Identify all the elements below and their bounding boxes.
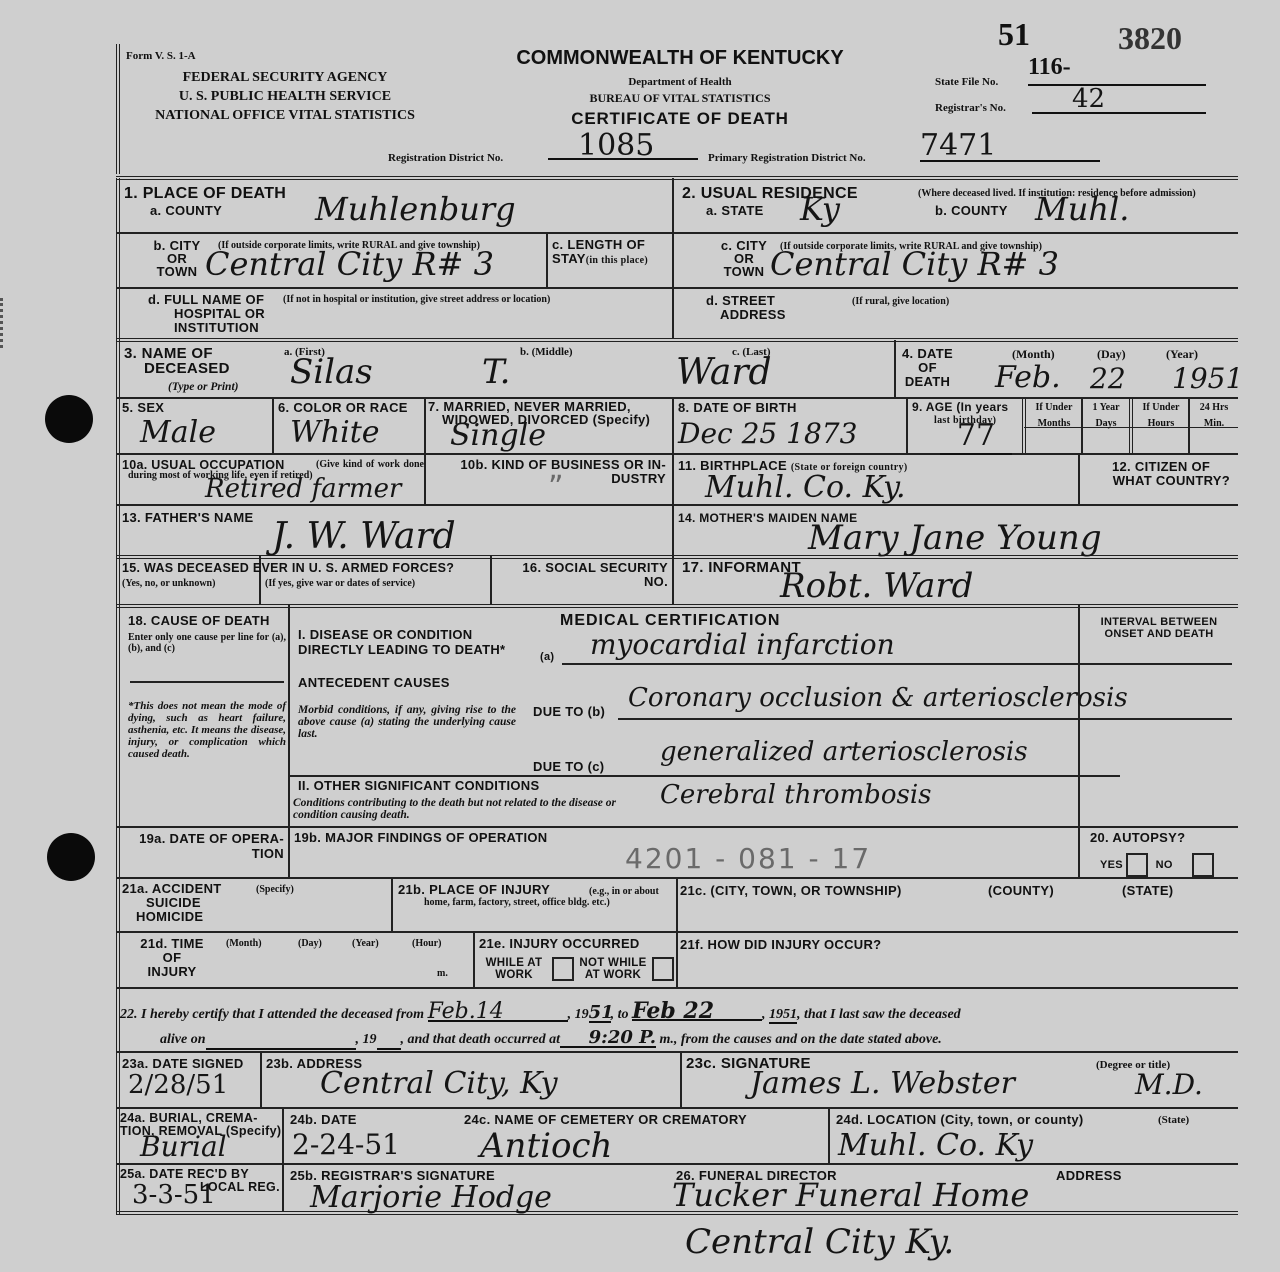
attended-to-year: 1951: [769, 1007, 797, 1024]
death-city-value: Central City R# 3: [205, 245, 494, 283]
label-line: 16. SOCIAL SECURITY: [496, 561, 668, 575]
res-state-label: a. STATE: [706, 204, 764, 218]
label-line: TOWN: [716, 265, 772, 278]
armed-forces-note-2: (If yes, give war or dates of service): [265, 578, 415, 589]
dob-label: 8. DATE OF BIRTH: [678, 401, 797, 415]
label-line: HOMICIDE: [122, 910, 222, 924]
autopsy-yes-checkbox[interactable]: [1126, 853, 1148, 877]
injury-specify-note: (Specify): [256, 884, 294, 895]
label-line: ADDRESS: [706, 308, 786, 322]
punch-hole-top: [45, 395, 93, 443]
stamp-year: 51: [998, 16, 1030, 53]
last-seen-year-blank: [377, 1032, 401, 1050]
race-label: 6. COLOR OR RACE: [278, 401, 408, 415]
label-line: 4. DATE: [902, 347, 953, 361]
divider: [828, 1107, 830, 1163]
label-note: (in this place): [586, 255, 648, 266]
burial-location-value: Muhl. Co. Ky: [838, 1128, 1033, 1163]
divider: [272, 397, 274, 453]
cause-b-label: DUE TO (b): [533, 705, 605, 719]
label-line: NO.: [496, 575, 668, 589]
injury-time-year: (Year): [352, 938, 379, 949]
state-file-value: 116-: [1028, 54, 1206, 86]
label-line: 12. CITIZEN OF: [1090, 460, 1230, 474]
autopsy-yes-label: YES: [1100, 859, 1123, 871]
label-line: d. FULL NAME OF: [148, 293, 265, 307]
res-county-value: Muhl.: [1035, 190, 1129, 228]
label-line: INSTITUTION: [148, 321, 265, 335]
divider: [424, 397, 426, 504]
cause-b-line: [618, 718, 1232, 720]
rule: [116, 1051, 1238, 1053]
attended-to-date: Feb 22: [632, 1003, 762, 1021]
last-seen-date-blank: [206, 1032, 356, 1050]
injury-county-label: (COUNTY): [988, 884, 1054, 898]
armed-forces-label: 15. WAS DECEASED EVER IN U. S. ARMED FOR…: [122, 561, 454, 575]
armed-forces-note-1: (Yes, no, or unknown): [122, 578, 215, 589]
antecedent-label: ANTECEDENT CAUSES: [298, 676, 450, 690]
department: Department of Health: [470, 76, 890, 88]
label-line: TOWN: [148, 265, 206, 278]
sex-label: 5. SEX: [122, 401, 164, 415]
label-line: c. LENGTH OF: [552, 237, 645, 252]
date-of-death-label: 4. DATE OF DEATH: [902, 347, 953, 389]
rule: [116, 176, 1238, 180]
registrars-no-label: Registrar's No.: [935, 102, 1006, 114]
cause-a-value: myocardial infarction: [590, 628, 895, 661]
not-while-at-work-label: NOT WHILE AT WORK: [576, 957, 650, 981]
certify-text: , 19: [356, 1032, 377, 1047]
rule: [290, 775, 1120, 777]
antecedent-note: Morbid conditions, if any, giving rise t…: [298, 704, 516, 740]
label-line: DEATH: [902, 375, 953, 389]
divider: [282, 1107, 284, 1211]
burial-state-label: (State): [1158, 1115, 1189, 1126]
dod-month-label: (Month): [1012, 349, 1055, 360]
while-at-work-checkbox[interactable]: [552, 957, 574, 981]
first-name-value: Silas: [290, 352, 373, 392]
divider: [288, 604, 290, 877]
cause-footnote: *This does not mean the mode of dying, s…: [128, 700, 286, 760]
injury-state-label: (STATE): [1122, 884, 1173, 898]
under-header: If Under: [1133, 402, 1189, 413]
dod-year-value: 1951: [1172, 362, 1243, 395]
divider: [391, 877, 393, 931]
place-of-death-label: 1. PLACE OF DEATH: [124, 186, 286, 202]
age-value: 77: [940, 418, 1012, 455]
injury-time-hour: (Hour): [412, 938, 441, 949]
sex-value: Male: [140, 415, 216, 450]
label-line: HOSPITAL OR: [148, 307, 265, 321]
certify-text: m., from the causes and on the date stat…: [659, 1032, 941, 1047]
certify-text: , and that death occurred at: [401, 1032, 560, 1047]
funeral-address-label: ADDRESS: [1056, 1169, 1122, 1183]
label-line: 9. AGE (In years: [912, 400, 1008, 414]
injury-time-month: (Month): [226, 938, 262, 949]
divider: [680, 1051, 682, 1107]
certify-line-1: 22. I hereby certify that I attended the…: [120, 1003, 961, 1023]
label-line: DECEASED: [124, 361, 230, 376]
under-sub-days: Days: [1083, 418, 1129, 429]
rule: [116, 1163, 1238, 1165]
label-line: OF: [122, 951, 222, 965]
certificate-title: CERTIFICATE OF DEATH: [470, 109, 890, 129]
business-label: 10b. KIND OF BUSINESS OR IN- DUSTRY: [428, 458, 666, 486]
certify-text: , 19: [568, 1007, 589, 1022]
dod-day-value: 22: [1090, 362, 1126, 395]
label-line: I. DISEASE OR CONDITION: [298, 627, 505, 642]
injury-work-options: WHILE AT WORK NOT WHILE AT WORK: [478, 957, 674, 981]
under-header: If Under: [1026, 402, 1082, 413]
physician-address-value: Central City, Ky: [320, 1066, 558, 1101]
res-county-label: b. COUNTY: [935, 204, 1008, 218]
occupation-value: Retired farmer: [205, 474, 401, 504]
burial-location-label: 24d. LOCATION (City, town, or county): [836, 1113, 1084, 1127]
label-line: 3. NAME OF: [124, 346, 230, 361]
ssn-label: 16. SOCIAL SECURITY NO.: [496, 561, 668, 589]
footnote-rule: [130, 681, 284, 683]
label-line: 21d. TIME: [122, 937, 222, 951]
date-received-value: 3-3-51: [132, 1180, 216, 1210]
race-value: White: [290, 415, 380, 450]
mother-name-value: Mary Jane Young: [808, 518, 1102, 558]
operation-date-label: 19a. DATE OF OPERA-TION: [128, 831, 284, 861]
autopsy-no-label: NO: [1156, 859, 1173, 871]
business-value: ”: [548, 470, 564, 505]
agency-block: FEDERAL SECURITY AGENCY U. S. PUBLIC HEA…: [122, 68, 448, 125]
certify-text: , that I last saw the deceased: [797, 1007, 961, 1022]
label-line: DIRECTLY LEADING TO DEATH*: [298, 642, 505, 657]
date-signed-value: 2/28/51: [128, 1070, 228, 1100]
label-line: SUICIDE: [122, 896, 222, 910]
rule: [116, 987, 1238, 989]
under-header: 24 Hrs: [1190, 402, 1238, 413]
under-sub-months: Months: [1026, 418, 1082, 429]
form-number: Form V. S. 1-A: [126, 50, 196, 62]
punch-hole-bottom: [47, 833, 95, 881]
middle-name-label: b. (Middle): [520, 347, 573, 358]
physician-signature: James L. Webster: [750, 1066, 1015, 1101]
cause-c-value: generalized arteriosclerosis: [660, 737, 1028, 767]
dob-value: Dec 25 1873: [678, 417, 857, 450]
time-of-death: 9:20 P.: [560, 1030, 656, 1048]
label-line: STAY: [552, 251, 586, 266]
under-sub-hours: Hours: [1133, 418, 1189, 429]
rule: [116, 397, 1238, 399]
label-line: DUSTRY: [428, 472, 666, 486]
registrar-signature-value: Marjorie Hodge: [310, 1180, 552, 1215]
rule: [116, 826, 1238, 828]
other-conditions-label: II. OTHER SIGNIFICANT CONDITIONS: [298, 779, 539, 793]
reg-district-label: Registration District No.: [388, 152, 503, 164]
res-city-value: Central City R# 3: [770, 245, 1059, 283]
informant-value: Robt. Ward: [780, 566, 973, 606]
how-injury-label: 21f. HOW DID INJURY OCCUR?: [680, 938, 881, 952]
coding-pencil-note: 4201 - 081 - 17: [625, 842, 871, 875]
hospital-label: d. FULL NAME OF HOSPITAL OR INSTITUTION: [148, 293, 265, 335]
divider: [490, 555, 492, 604]
father-name-value: J. W. Ward: [272, 516, 456, 557]
label-line: 10b. KIND OF BUSINESS OR IN-: [428, 458, 666, 472]
divider: [473, 931, 475, 987]
middle-name-value: T.: [482, 352, 511, 392]
cemetery-label: 24c. NAME OF CEMETERY OR CREMATORY: [464, 1113, 747, 1127]
registrars-no-value: 42: [1032, 84, 1206, 114]
death-county-value: Muhlenburg: [315, 190, 516, 228]
rule: [116, 604, 1238, 608]
death-county-label: a. COUNTY: [150, 204, 222, 218]
other-conditions-note: Conditions contributing to the death but…: [293, 797, 655, 821]
cause-c-label: DUE TO (c): [533, 760, 604, 774]
divider: [1078, 453, 1080, 504]
rule: [116, 504, 1238, 506]
divider: [894, 340, 896, 397]
divider: [546, 232, 548, 287]
certify-text: , to: [611, 1007, 629, 1022]
divider: [260, 1051, 262, 1107]
primary-district-value: 7471: [920, 128, 1100, 162]
physician-degree: M.D.: [1135, 1068, 1203, 1101]
not-while-at-work-checkbox[interactable]: [652, 957, 674, 981]
burial-date-label: 24b. DATE: [290, 1113, 357, 1127]
injury-time-label: 21d. TIME OF INJURY: [122, 937, 222, 979]
birthplace-value: Muhl. Co. Ky.: [705, 470, 906, 505]
label-line: d. STREET: [706, 294, 786, 308]
under-sub-min: Min.: [1190, 418, 1238, 429]
operation-findings-label: 19b. MAJOR FINDINGS OF OPERATION: [294, 831, 548, 845]
interval-label: INTERVAL BETWEEN ONSET AND DEATH: [1084, 616, 1234, 640]
certify-text: alive on: [160, 1032, 206, 1047]
autopsy-label: 20. AUTOPSY?: [1090, 831, 1185, 845]
label-line: 21a. ACCIDENT: [122, 882, 222, 896]
label-line: WHAT COUNTRY?: [1090, 474, 1230, 488]
agency-line: NATIONAL OFFICE VITAL STATISTICS: [122, 106, 448, 125]
divider: [906, 397, 908, 453]
state-file-label: State File No.: [935, 76, 998, 88]
attended-from-date: Feb.14: [428, 1004, 568, 1022]
while-at-work-label: WHILE AT WORK: [478, 957, 550, 981]
last-name-value: Ward: [676, 352, 772, 393]
type-or-print-note: (Type or Print): [168, 381, 238, 393]
name-of-deceased-label: 3. NAME OF DECEASED: [124, 346, 230, 376]
injury-city-label: 21c. (CITY, TOWN, OR TOWNSHIP): [680, 884, 902, 898]
agency-line: FEDERAL SECURITY AGENCY: [122, 68, 448, 87]
length-of-stay-label: c. LENGTH OF STAY(in this place): [552, 238, 648, 266]
death-city-label: b. CITY OR TOWN: [148, 239, 206, 278]
dod-month-value: Feb.: [995, 360, 1061, 395]
injury-time-day: (Day): [298, 938, 322, 949]
cause-of-death-label: 18. CAUSE OF DEATH: [128, 614, 270, 628]
rule: [116, 232, 1238, 234]
cause-a-line: [562, 663, 1232, 665]
divider: [672, 178, 674, 338]
certify-text: 22. I hereby certify that I attended the…: [120, 1007, 424, 1022]
margin-mark: [0, 298, 9, 348]
stamp-number: 3820: [1118, 20, 1182, 57]
rule: [116, 338, 1238, 342]
date-signed-label: 23a. DATE SIGNED: [122, 1057, 244, 1071]
res-street-note: (If rural, give location): [852, 296, 949, 307]
label-line: OF: [902, 361, 953, 375]
res-street-label: d. STREET ADDRESS: [706, 294, 786, 322]
rule: [116, 453, 1238, 455]
autopsy-no-checkbox[interactable]: [1192, 853, 1214, 877]
injury-place-note: (e.g., in or about home, farm, factory, …: [424, 886, 676, 908]
injury-occurred-label: 21e. INJURY OCCURRED: [479, 937, 640, 951]
label-line: INJURY: [122, 965, 222, 979]
divider: [676, 877, 678, 987]
primary-district-label: Primary Registration District No.: [708, 152, 866, 164]
under-header: 1 Year: [1083, 402, 1129, 413]
bureau: BUREAU OF VITAL STATISTICS: [470, 91, 890, 106]
injury-type-label: 21a. ACCIDENT SUICIDE HOMICIDE: [122, 882, 222, 924]
burial-date-value: 2-24-51: [292, 1128, 400, 1161]
marital-status-value: Single: [450, 418, 546, 453]
funeral-director-value: Tucker Funeral Home: [672, 1176, 1029, 1214]
cemetery-value: Antioch: [480, 1126, 612, 1166]
dod-day-label: (Day): [1097, 349, 1126, 360]
divider: [672, 397, 674, 604]
other-conditions-value: Cerebral thrombosis: [660, 780, 931, 810]
hospital-note: (If not in hospital or institution, give…: [283, 294, 663, 305]
burial-method-value: Burial: [140, 1130, 227, 1163]
funeral-address-value: Central City Ky.: [685, 1222, 954, 1262]
dod-year-label: (Year): [1166, 349, 1198, 360]
divider: [1078, 604, 1080, 877]
res-state-value: Ky: [800, 190, 840, 228]
cause-a-label: (a): [540, 650, 554, 664]
cause-note: Enter only one cause per line for (a), (…: [128, 632, 286, 654]
res-city-label: c. CITY OR TOWN: [716, 239, 772, 278]
direct-cause-label: I. DISEASE OR CONDITION DIRECTLY LEADING…: [298, 627, 505, 657]
page-title: COMMONWEALTH OF KENTUCKY: [470, 47, 890, 70]
cause-b-value: Coronary occlusion & arteriosclerosis: [628, 683, 1128, 713]
reg-district-value: 1085: [548, 128, 698, 160]
agency-line: U. S. PUBLIC HEALTH SERVICE: [122, 87, 448, 106]
citizen-label: 12. CITIZEN OF WHAT COUNTRY?: [1090, 460, 1230, 488]
injury-time-m: m.: [437, 968, 448, 979]
autopsy-options: YES NO: [1100, 853, 1214, 877]
certify-line-2: alive on , 19 , and that death occurred …: [160, 1030, 942, 1050]
father-name-label: 13. FATHER'S NAME: [122, 511, 253, 525]
rule: [116, 287, 1238, 289]
attended-from-year: 51: [589, 1005, 611, 1023]
rule: [116, 1107, 1238, 1109]
